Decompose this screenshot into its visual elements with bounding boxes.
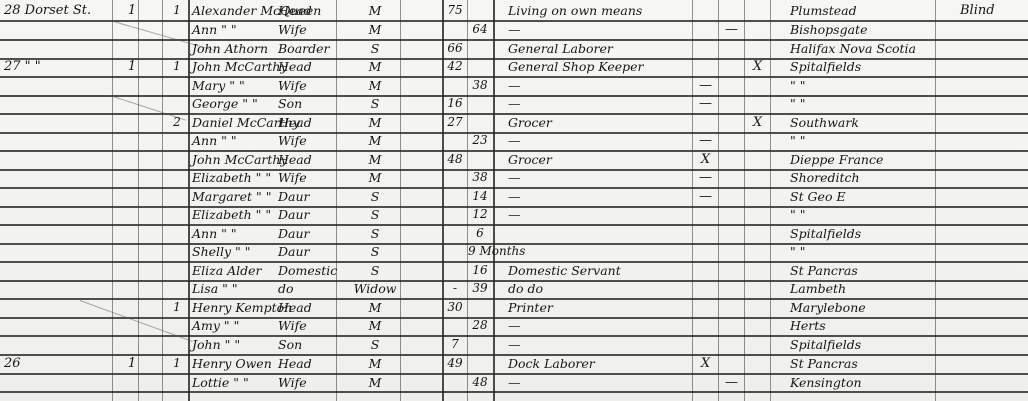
cell-relation: Domestic xyxy=(278,262,338,281)
cell-birthplace: Shoreditch xyxy=(790,169,950,188)
cell-relation: Head xyxy=(278,114,338,133)
cell-infirmity xyxy=(960,299,1028,318)
cell-employer xyxy=(693,225,718,244)
cell-birthplace: Marylebone xyxy=(790,299,950,318)
cell-infirmity xyxy=(960,151,1028,170)
cell-occupation: — xyxy=(508,336,688,355)
cell-address xyxy=(4,317,104,336)
cell-infirmity xyxy=(960,188,1028,207)
census-row: Ann " "WifeM23——" " xyxy=(0,132,1028,151)
cell-employer: — xyxy=(693,77,718,96)
cell-birthplace: Kensington xyxy=(790,374,950,393)
cell-age-male: - xyxy=(443,280,467,299)
cell-condition: M xyxy=(350,374,400,393)
cell-employer xyxy=(693,280,718,299)
cell-inhabited xyxy=(122,188,142,207)
cell-age-female xyxy=(468,299,492,318)
cell-name: Daniel McCarthy xyxy=(192,114,276,133)
cell-name: John McCarthy xyxy=(192,151,276,170)
cell-own-account xyxy=(745,206,770,225)
census-row: Lottie " "WifeM48——Kensington xyxy=(0,374,1028,393)
cell-schedule xyxy=(165,151,189,170)
cell-birthplace: Southwark xyxy=(790,114,950,133)
cell-inhabited xyxy=(122,40,142,59)
cell-employed xyxy=(719,243,744,262)
cell-employed xyxy=(719,95,744,114)
cell-age-male xyxy=(443,317,467,336)
cell-own-account xyxy=(745,336,770,355)
cell-own-account xyxy=(745,40,770,59)
census-row: Amy " "WifeM28—Herts xyxy=(0,317,1028,336)
cell-condition: S xyxy=(350,336,400,355)
cell-address xyxy=(4,132,104,151)
cell-inhabited xyxy=(122,299,142,318)
cell-relation: Son xyxy=(278,95,338,114)
cell-occupation: — xyxy=(508,21,688,40)
cell-name: Henry Kempton xyxy=(192,299,276,318)
cell-inhabited xyxy=(122,280,142,299)
census-row: 27 " "11John McCarthyHeadM42General Shop… xyxy=(0,58,1028,77)
cell-name: Ann " " xyxy=(192,21,276,40)
cell-address xyxy=(4,21,104,40)
cell-relation: Wife xyxy=(278,317,338,336)
cell-schedule xyxy=(165,95,189,114)
cell-inhabited xyxy=(122,317,142,336)
cell-age-female: 64 xyxy=(468,21,492,40)
cell-address: 27 " " xyxy=(4,58,104,77)
census-page: 28 Dorset St.11Alexander McQueenHeadM75L… xyxy=(0,0,1028,401)
cell-employer xyxy=(693,262,718,281)
cell-infirmity xyxy=(960,40,1028,59)
cell-age-female: 12 xyxy=(468,206,492,225)
cell-employed xyxy=(719,225,744,244)
cell-schedule xyxy=(165,243,189,262)
cell-occupation: Grocer xyxy=(508,114,688,133)
cell-relation: Daur xyxy=(278,243,338,262)
cell-inhabited xyxy=(122,262,142,281)
census-row: John AthornBoarderS66General LaborerHali… xyxy=(0,40,1028,59)
cell-age-female xyxy=(468,355,492,374)
cell-age-male xyxy=(443,374,467,393)
census-row: Eliza AlderDomesticS16Domestic ServantSt… xyxy=(0,262,1028,281)
cell-age-male: 7 xyxy=(443,336,467,355)
cell-address xyxy=(4,374,104,393)
cell-name: John " " xyxy=(192,336,276,355)
cell-infirmity xyxy=(960,280,1028,299)
cell-birthplace: Dieppe France xyxy=(790,151,950,170)
cell-own-account xyxy=(745,355,770,374)
cell-schedule: 1 xyxy=(165,58,189,77)
cell-address xyxy=(4,225,104,244)
cell-employed xyxy=(719,114,744,133)
cell-occupation: do do xyxy=(508,280,688,299)
cell-age-male xyxy=(443,262,467,281)
cell-own-account xyxy=(745,262,770,281)
cell-condition: M xyxy=(350,132,400,151)
cell-name: Mary " " xyxy=(192,77,276,96)
cell-address xyxy=(4,243,104,262)
cell-condition: M xyxy=(350,169,400,188)
cell-relation: Wife xyxy=(278,169,338,188)
cell-infirmity xyxy=(960,77,1028,96)
cell-employed xyxy=(719,299,744,318)
cell-employer: X xyxy=(693,151,718,170)
cell-age-male: 75 xyxy=(443,2,467,21)
cell-address xyxy=(4,299,104,318)
cell-own-account xyxy=(745,299,770,318)
cell-condition: M xyxy=(350,299,400,318)
cell-relation: Wife xyxy=(278,77,338,96)
cell-age-female xyxy=(468,151,492,170)
cell-employed xyxy=(719,40,744,59)
cell-infirmity xyxy=(960,262,1028,281)
cell-address xyxy=(4,280,104,299)
cell-age-male xyxy=(443,21,467,40)
cell-employed xyxy=(719,206,744,225)
cell-occupation: General Shop Keeper xyxy=(508,58,688,77)
cell-employer xyxy=(693,21,718,40)
cell-relation: Wife xyxy=(278,374,338,393)
cell-schedule xyxy=(165,21,189,40)
cell-age-female: 38 xyxy=(468,77,492,96)
cell-employer xyxy=(693,2,718,21)
cell-relation: Son xyxy=(278,336,338,355)
cell-birthplace: Lambeth xyxy=(790,280,950,299)
cell-infirmity xyxy=(960,336,1028,355)
cell-own-account: X xyxy=(745,58,770,77)
cell-employed: — xyxy=(719,21,744,40)
cell-own-account xyxy=(745,132,770,151)
cell-schedule xyxy=(165,317,189,336)
cell-name: John McCarthy xyxy=(192,58,276,77)
cell-condition: M xyxy=(350,58,400,77)
cell-employer xyxy=(693,336,718,355)
cell-occupation: — xyxy=(508,188,688,207)
cell-schedule xyxy=(165,169,189,188)
cell-own-account xyxy=(745,280,770,299)
cell-condition: M xyxy=(350,355,400,374)
cell-age-male xyxy=(443,77,467,96)
cell-relation: Head xyxy=(278,299,338,318)
cell-employed xyxy=(719,169,744,188)
cell-age-female: 9 Months xyxy=(468,243,492,262)
census-row: John " "SonS7—Spitalfields xyxy=(0,336,1028,355)
census-row: Mary " "WifeM38——" " xyxy=(0,77,1028,96)
cell-schedule: 1 xyxy=(165,299,189,318)
cell-occupation xyxy=(508,225,688,244)
cell-employer: — xyxy=(693,132,718,151)
cell-schedule xyxy=(165,225,189,244)
cell-birthplace: " " xyxy=(790,132,950,151)
cell-employer xyxy=(693,58,718,77)
cell-employer: X xyxy=(693,355,718,374)
cell-infirmity: Blind xyxy=(960,2,1028,21)
cell-own-account xyxy=(745,188,770,207)
cell-birthplace: " " xyxy=(790,77,950,96)
cell-relation: Head xyxy=(278,58,338,77)
cell-employed: — xyxy=(719,374,744,393)
cell-infirmity xyxy=(960,95,1028,114)
cell-address: 26 xyxy=(4,355,104,374)
cell-birthplace: St Geo E xyxy=(790,188,950,207)
cell-schedule xyxy=(165,336,189,355)
cell-employer xyxy=(693,317,718,336)
cell-employed xyxy=(719,280,744,299)
cell-name: Henry Owen xyxy=(192,355,276,374)
cell-age-female xyxy=(468,336,492,355)
cell-own-account xyxy=(745,374,770,393)
cell-age-male: 66 xyxy=(443,40,467,59)
cell-inhabited: 1 xyxy=(122,355,142,374)
cell-condition: Widow xyxy=(350,280,400,299)
cell-birthplace: Herts xyxy=(790,317,950,336)
cell-age-female: 38 xyxy=(468,169,492,188)
cell-infirmity xyxy=(960,206,1028,225)
cell-age-male: 27 xyxy=(443,114,467,133)
cell-occupation: Grocer xyxy=(508,151,688,170)
cell-employer: — xyxy=(693,169,718,188)
cell-inhabited xyxy=(122,21,142,40)
cell-schedule xyxy=(165,206,189,225)
cell-name: Elizabeth " " xyxy=(192,206,276,225)
cell-relation: Wife xyxy=(278,132,338,151)
cell-age-male: 49 xyxy=(443,355,467,374)
cell-infirmity xyxy=(960,21,1028,40)
cell-schedule: 1 xyxy=(165,2,189,21)
cell-name: Lisa " " xyxy=(192,280,276,299)
cell-employer xyxy=(693,243,718,262)
cell-employer xyxy=(693,40,718,59)
cell-own-account xyxy=(745,21,770,40)
cell-condition: M xyxy=(350,114,400,133)
cell-infirmity xyxy=(960,243,1028,262)
cell-occupation: — xyxy=(508,95,688,114)
cell-employer: — xyxy=(693,95,718,114)
cell-name: Eliza Alder xyxy=(192,262,276,281)
cell-age-female xyxy=(468,2,492,21)
cell-own-account xyxy=(745,169,770,188)
cell-employed xyxy=(719,188,744,207)
cell-occupation: Dock Laborer xyxy=(508,355,688,374)
cell-birthplace: Spitalfields xyxy=(790,336,950,355)
cell-relation: Daur xyxy=(278,206,338,225)
cell-occupation xyxy=(508,243,688,262)
cell-employed xyxy=(719,151,744,170)
cell-birthplace: " " xyxy=(790,206,950,225)
cell-employed xyxy=(719,336,744,355)
census-row: 1Henry KemptonHeadM30PrinterMarylebone xyxy=(0,299,1028,318)
cell-age-female: 6 xyxy=(468,225,492,244)
cell-name: Amy " " xyxy=(192,317,276,336)
cell-schedule: 2 xyxy=(165,114,189,133)
census-row: Ann " "WifeM64——Bishopsgate xyxy=(0,21,1028,40)
cell-age-male: 48 xyxy=(443,151,467,170)
cell-employed xyxy=(719,2,744,21)
cell-inhabited xyxy=(122,169,142,188)
census-row: Elizabeth " "DaurS12—" " xyxy=(0,206,1028,225)
cell-age-male: 30 xyxy=(443,299,467,318)
cell-infirmity xyxy=(960,114,1028,133)
cell-employer xyxy=(693,374,718,393)
cell-inhabited xyxy=(122,77,142,96)
cell-condition: S xyxy=(350,243,400,262)
cell-name: John Athorn xyxy=(192,40,276,59)
cell-relation: Daur xyxy=(278,188,338,207)
cell-address xyxy=(4,188,104,207)
cell-inhabited xyxy=(122,336,142,355)
cell-inhabited xyxy=(122,225,142,244)
cell-own-account xyxy=(745,95,770,114)
cell-inhabited: 1 xyxy=(122,2,142,21)
cell-address: 28 Dorset St. xyxy=(4,2,104,21)
cell-occupation: — xyxy=(508,132,688,151)
cell-name: Elizabeth " " xyxy=(192,169,276,188)
cell-birthplace: " " xyxy=(790,95,950,114)
cell-inhabited xyxy=(122,132,142,151)
cell-birthplace: St Pancras xyxy=(790,262,950,281)
cell-employer xyxy=(693,114,718,133)
cell-condition: S xyxy=(350,206,400,225)
cell-age-female xyxy=(468,58,492,77)
cell-age-male xyxy=(443,206,467,225)
cell-occupation: — xyxy=(508,77,688,96)
cell-occupation: — xyxy=(508,374,688,393)
cell-condition: S xyxy=(350,40,400,59)
cell-name: Alexander McQueen xyxy=(192,2,276,21)
cell-own-account xyxy=(745,2,770,21)
cell-address xyxy=(4,95,104,114)
cell-infirmity xyxy=(960,317,1028,336)
cell-inhabited xyxy=(122,114,142,133)
cell-address xyxy=(4,336,104,355)
cell-address xyxy=(4,40,104,59)
cell-age-male: 16 xyxy=(443,95,467,114)
cell-age-male xyxy=(443,188,467,207)
cell-infirmity xyxy=(960,355,1028,374)
cell-relation: Boarder xyxy=(278,40,338,59)
cell-birthplace: Bishopsgate xyxy=(790,21,950,40)
cell-birthplace: Plumstead xyxy=(790,2,950,21)
cell-address xyxy=(4,77,104,96)
cell-own-account xyxy=(745,243,770,262)
cell-name: Lottie " " xyxy=(192,374,276,393)
census-row: John McCarthyHeadM48GrocerXDieppe France xyxy=(0,151,1028,170)
cell-relation: Daur xyxy=(278,225,338,244)
cell-infirmity xyxy=(960,169,1028,188)
cell-condition: M xyxy=(350,21,400,40)
cell-age-male xyxy=(443,132,467,151)
cell-employed xyxy=(719,58,744,77)
cell-occupation: — xyxy=(508,317,688,336)
cell-condition: S xyxy=(350,225,400,244)
cell-employer xyxy=(693,206,718,225)
cell-birthplace: Spitalfields xyxy=(790,58,950,77)
cell-condition: S xyxy=(350,95,400,114)
cell-birthplace: " " xyxy=(790,243,950,262)
cell-infirmity xyxy=(960,374,1028,393)
cell-schedule xyxy=(165,262,189,281)
cell-inhabited xyxy=(122,243,142,262)
cell-schedule xyxy=(165,280,189,299)
cell-own-account: X xyxy=(745,114,770,133)
cell-inhabited xyxy=(122,374,142,393)
cell-birthplace: St Pancras xyxy=(790,355,950,374)
census-row: Ann " "DaurS6Spitalfields xyxy=(0,225,1028,244)
cell-age-male xyxy=(443,243,467,262)
cell-employer: — xyxy=(693,188,718,207)
cell-inhabited xyxy=(122,206,142,225)
census-row: 2Daniel McCarthyHeadM27GrocerXSouthwark xyxy=(0,114,1028,133)
cell-condition: S xyxy=(350,262,400,281)
cell-occupation: Domestic Servant xyxy=(508,262,688,281)
census-row: Shelly " "DaurS9 Months" " xyxy=(0,243,1028,262)
cell-address xyxy=(4,206,104,225)
cell-employed xyxy=(719,317,744,336)
cell-name: Ann " " xyxy=(192,225,276,244)
cell-employed xyxy=(719,262,744,281)
cell-age-female xyxy=(468,114,492,133)
cell-infirmity xyxy=(960,132,1028,151)
census-row: Margaret " "DaurS14——St Geo E xyxy=(0,188,1028,207)
cell-employed xyxy=(719,132,744,151)
census-row: George " "SonS16——" " xyxy=(0,95,1028,114)
cell-name: Ann " " xyxy=(192,132,276,151)
cell-age-female: 16 xyxy=(468,262,492,281)
cell-condition: M xyxy=(350,77,400,96)
cell-age-female xyxy=(468,95,492,114)
cell-own-account xyxy=(745,151,770,170)
cell-infirmity xyxy=(960,58,1028,77)
cell-condition: M xyxy=(350,2,400,21)
cell-address xyxy=(4,169,104,188)
cell-age-female: 39 xyxy=(468,280,492,299)
cell-inhabited: 1 xyxy=(122,58,142,77)
cell-relation: Wife xyxy=(278,21,338,40)
cell-schedule xyxy=(165,374,189,393)
cell-age-female: 48 xyxy=(468,374,492,393)
cell-schedule xyxy=(165,188,189,207)
cell-condition: M xyxy=(350,151,400,170)
cell-occupation: General Laborer xyxy=(508,40,688,59)
cell-name: George " " xyxy=(192,95,276,114)
cell-address xyxy=(4,114,104,133)
cell-age-female xyxy=(468,40,492,59)
cell-name: Shelly " " xyxy=(192,243,276,262)
cell-age-male: 42 xyxy=(443,58,467,77)
cell-condition: M xyxy=(350,317,400,336)
cell-age-male xyxy=(443,225,467,244)
cell-address xyxy=(4,262,104,281)
cell-birthplace: Halifax Nova Scotia xyxy=(790,40,950,59)
cell-schedule xyxy=(165,77,189,96)
cell-own-account xyxy=(745,225,770,244)
cell-schedule: 1 xyxy=(165,355,189,374)
cell-occupation: — xyxy=(508,169,688,188)
cell-age-female: 23 xyxy=(468,132,492,151)
cell-age-female: 14 xyxy=(468,188,492,207)
cell-inhabited xyxy=(122,151,142,170)
cell-age-male xyxy=(443,169,467,188)
cell-occupation: — xyxy=(508,206,688,225)
cell-infirmity xyxy=(960,225,1028,244)
cell-occupation: Living on own means xyxy=(508,2,688,21)
cell-relation: do xyxy=(278,280,338,299)
cell-relation: Head xyxy=(278,2,338,21)
census-row: Elizabeth " "WifeM38——Shoreditch xyxy=(0,169,1028,188)
cell-birthplace: Spitalfields xyxy=(790,225,950,244)
census-row: 2611Henry OwenHeadM49Dock LaborerXSt Pan… xyxy=(0,355,1028,374)
census-row: Lisa " "doWidow-39do doLambeth xyxy=(0,280,1028,299)
